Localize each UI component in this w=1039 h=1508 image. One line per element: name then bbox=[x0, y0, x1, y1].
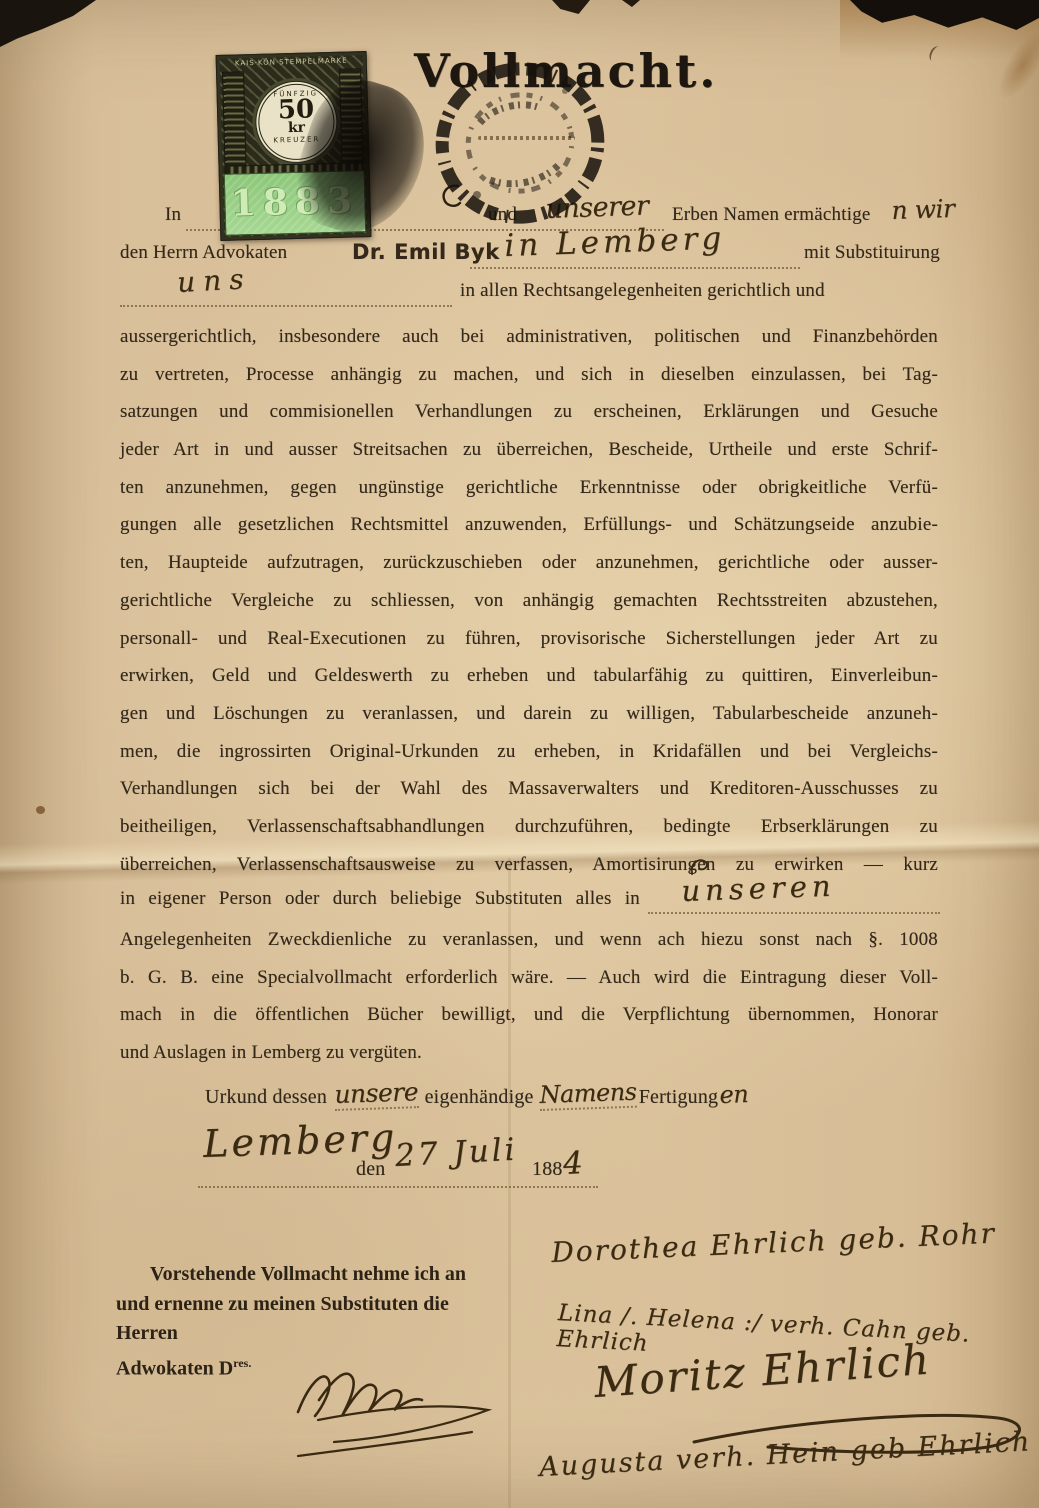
body-line: Verhandlungen sich bei der Wahl des Mass… bbox=[120, 770, 938, 808]
body-line: satzungen und commisionellen Verhandlung… bbox=[120, 393, 938, 431]
attestation-printed-urkund: Urkund dessen bbox=[205, 1086, 327, 1109]
body-paragraph-2: Angelegenheiten Zweckdienliche zu veranl… bbox=[120, 921, 938, 1072]
stamp-side-panel-left bbox=[222, 71, 247, 174]
body-line: aussergerichtlich, insbesondere auch bei… bbox=[120, 318, 938, 356]
torn-edge-top-right bbox=[850, 0, 1039, 30]
torn-edge-top-left bbox=[0, 0, 96, 47]
body-line: gerichtliche Vergleiche zu schliessen, v… bbox=[120, 582, 938, 620]
attestation-handwriting-en: en bbox=[719, 1080, 749, 1109]
dotted-leader-alles-in bbox=[648, 912, 940, 914]
attestation-printed-fertigung: Fertigung bbox=[639, 1086, 719, 1109]
stamp-year: 1883 bbox=[225, 171, 365, 233]
dateline-handwriting-year: 4 bbox=[562, 1145, 583, 1182]
attestation-handwriting-unsere: unsere bbox=[334, 1077, 419, 1111]
row3-handwriting-uns: uns bbox=[176, 262, 252, 299]
body-line: b. G. B. eine Specialvollmacht erforderl… bbox=[120, 959, 938, 997]
acceptance-line-3-superscript: res. bbox=[233, 1356, 251, 1370]
body-line: ten anzunehmen, gegen ungünstige gericht… bbox=[120, 469, 938, 507]
body-line: ten, Haupteide aufzutragen, zurückzuschi… bbox=[120, 544, 938, 582]
edge-nick bbox=[552, 0, 590, 14]
dateline-printed-den: den bbox=[356, 1158, 385, 1181]
dateline-printed-188: 188 bbox=[532, 1158, 563, 1181]
stain-dot-left bbox=[36, 806, 45, 814]
stain-right-streak bbox=[990, 24, 1039, 106]
stamp-unit: kr bbox=[259, 121, 333, 136]
row-alles-printed: in eigener Person oder durch beliebige S… bbox=[120, 884, 640, 914]
body-line: zu vertreten, Processe anhängig zu mache… bbox=[120, 356, 938, 394]
attestation-row: Urkund dessen unsere eigenhändige Namens… bbox=[205, 1080, 749, 1111]
acceptance-line-1: Vorstehende Vollmacht nehme ich an bbox=[116, 1260, 480, 1290]
row3-printed-rechtsangelegenheiten: in allen Rechtsangelegenheiten gerichtli… bbox=[460, 280, 825, 302]
body-line: gungen alle gesetzlichen Rechtsmittel an… bbox=[120, 506, 938, 544]
body-last-line: und Auslagen in Lemberg zu vergüten. bbox=[120, 1034, 938, 1072]
body-line: jeder Art in und ausser Streitsachen zu … bbox=[120, 431, 938, 469]
body-line: beitheiligen, Verlassenschaftsabhandlung… bbox=[120, 808, 938, 846]
stray-mark-curl bbox=[927, 44, 944, 63]
dateline-handwriting-place: Lemberg bbox=[202, 1115, 397, 1166]
attestation-printed-eigenhaendige: eigenhändige bbox=[425, 1086, 534, 1109]
edge-nick-small bbox=[622, 0, 640, 7]
row2-printed-advokaten: den Herrn Advokaten bbox=[120, 242, 287, 264]
postmark-circle bbox=[425, 55, 620, 235]
body-line: Angelegenheiten Zweckdienliche zu veranl… bbox=[120, 921, 938, 959]
stamp-ring-bottom-text: KREUZER bbox=[260, 135, 334, 145]
stamp-side-panel-right bbox=[339, 68, 364, 171]
scanned-document-page: Vollmacht. In und unserer Erben Namen er… bbox=[0, 0, 1039, 1508]
body-line: gen und Löschungen zu veranlassen, und d… bbox=[120, 695, 938, 733]
body-line: personall- und Real-Executionen zu führe… bbox=[120, 620, 938, 658]
byk-signature-scrawl bbox=[288, 1356, 503, 1466]
body-line: mach in die öffentlichen Bücher bewillig… bbox=[120, 996, 938, 1034]
row2-printed-substituirung: mit Substituirung bbox=[804, 242, 940, 264]
dateline-handwriting-date: 27 Juli bbox=[394, 1132, 518, 1174]
row2-printed-name-byk: Dr. Emil Byk bbox=[352, 240, 500, 264]
dotted-leader-dateline bbox=[198, 1186, 598, 1188]
row-alles-handwriting-unseren: unseren bbox=[681, 869, 836, 908]
dotted-leader-row2 bbox=[470, 267, 800, 269]
row1-printed-in: In bbox=[165, 204, 181, 226]
dotted-leader-row3 bbox=[120, 305, 452, 307]
stamp-green-field: 1883 bbox=[224, 170, 367, 236]
body-line: erwirken, Geld und Geldeswerth zu erhebe… bbox=[120, 657, 938, 695]
paper-band-top-right bbox=[840, 0, 1039, 60]
attestation-handwriting-namens: Namens bbox=[539, 1078, 637, 1111]
signature-dorothea: Dorothea Ehrlich geb. Rohr bbox=[551, 1217, 997, 1269]
acceptance-line-2: und ernenne zu meinen Substituten die He… bbox=[116, 1290, 480, 1349]
body-line: men, die ingrossirten Original-Urkunden … bbox=[120, 733, 938, 771]
revenue-stamp: KAIS·KÖN·STEMPELMARKE FÜNFZIG 50 kr KREU… bbox=[216, 51, 372, 241]
body-paragraph-1: aussergerichtlich, insbesondere auch bei… bbox=[120, 318, 938, 883]
row1-handwriting-n-wir: n wir bbox=[891, 194, 955, 225]
